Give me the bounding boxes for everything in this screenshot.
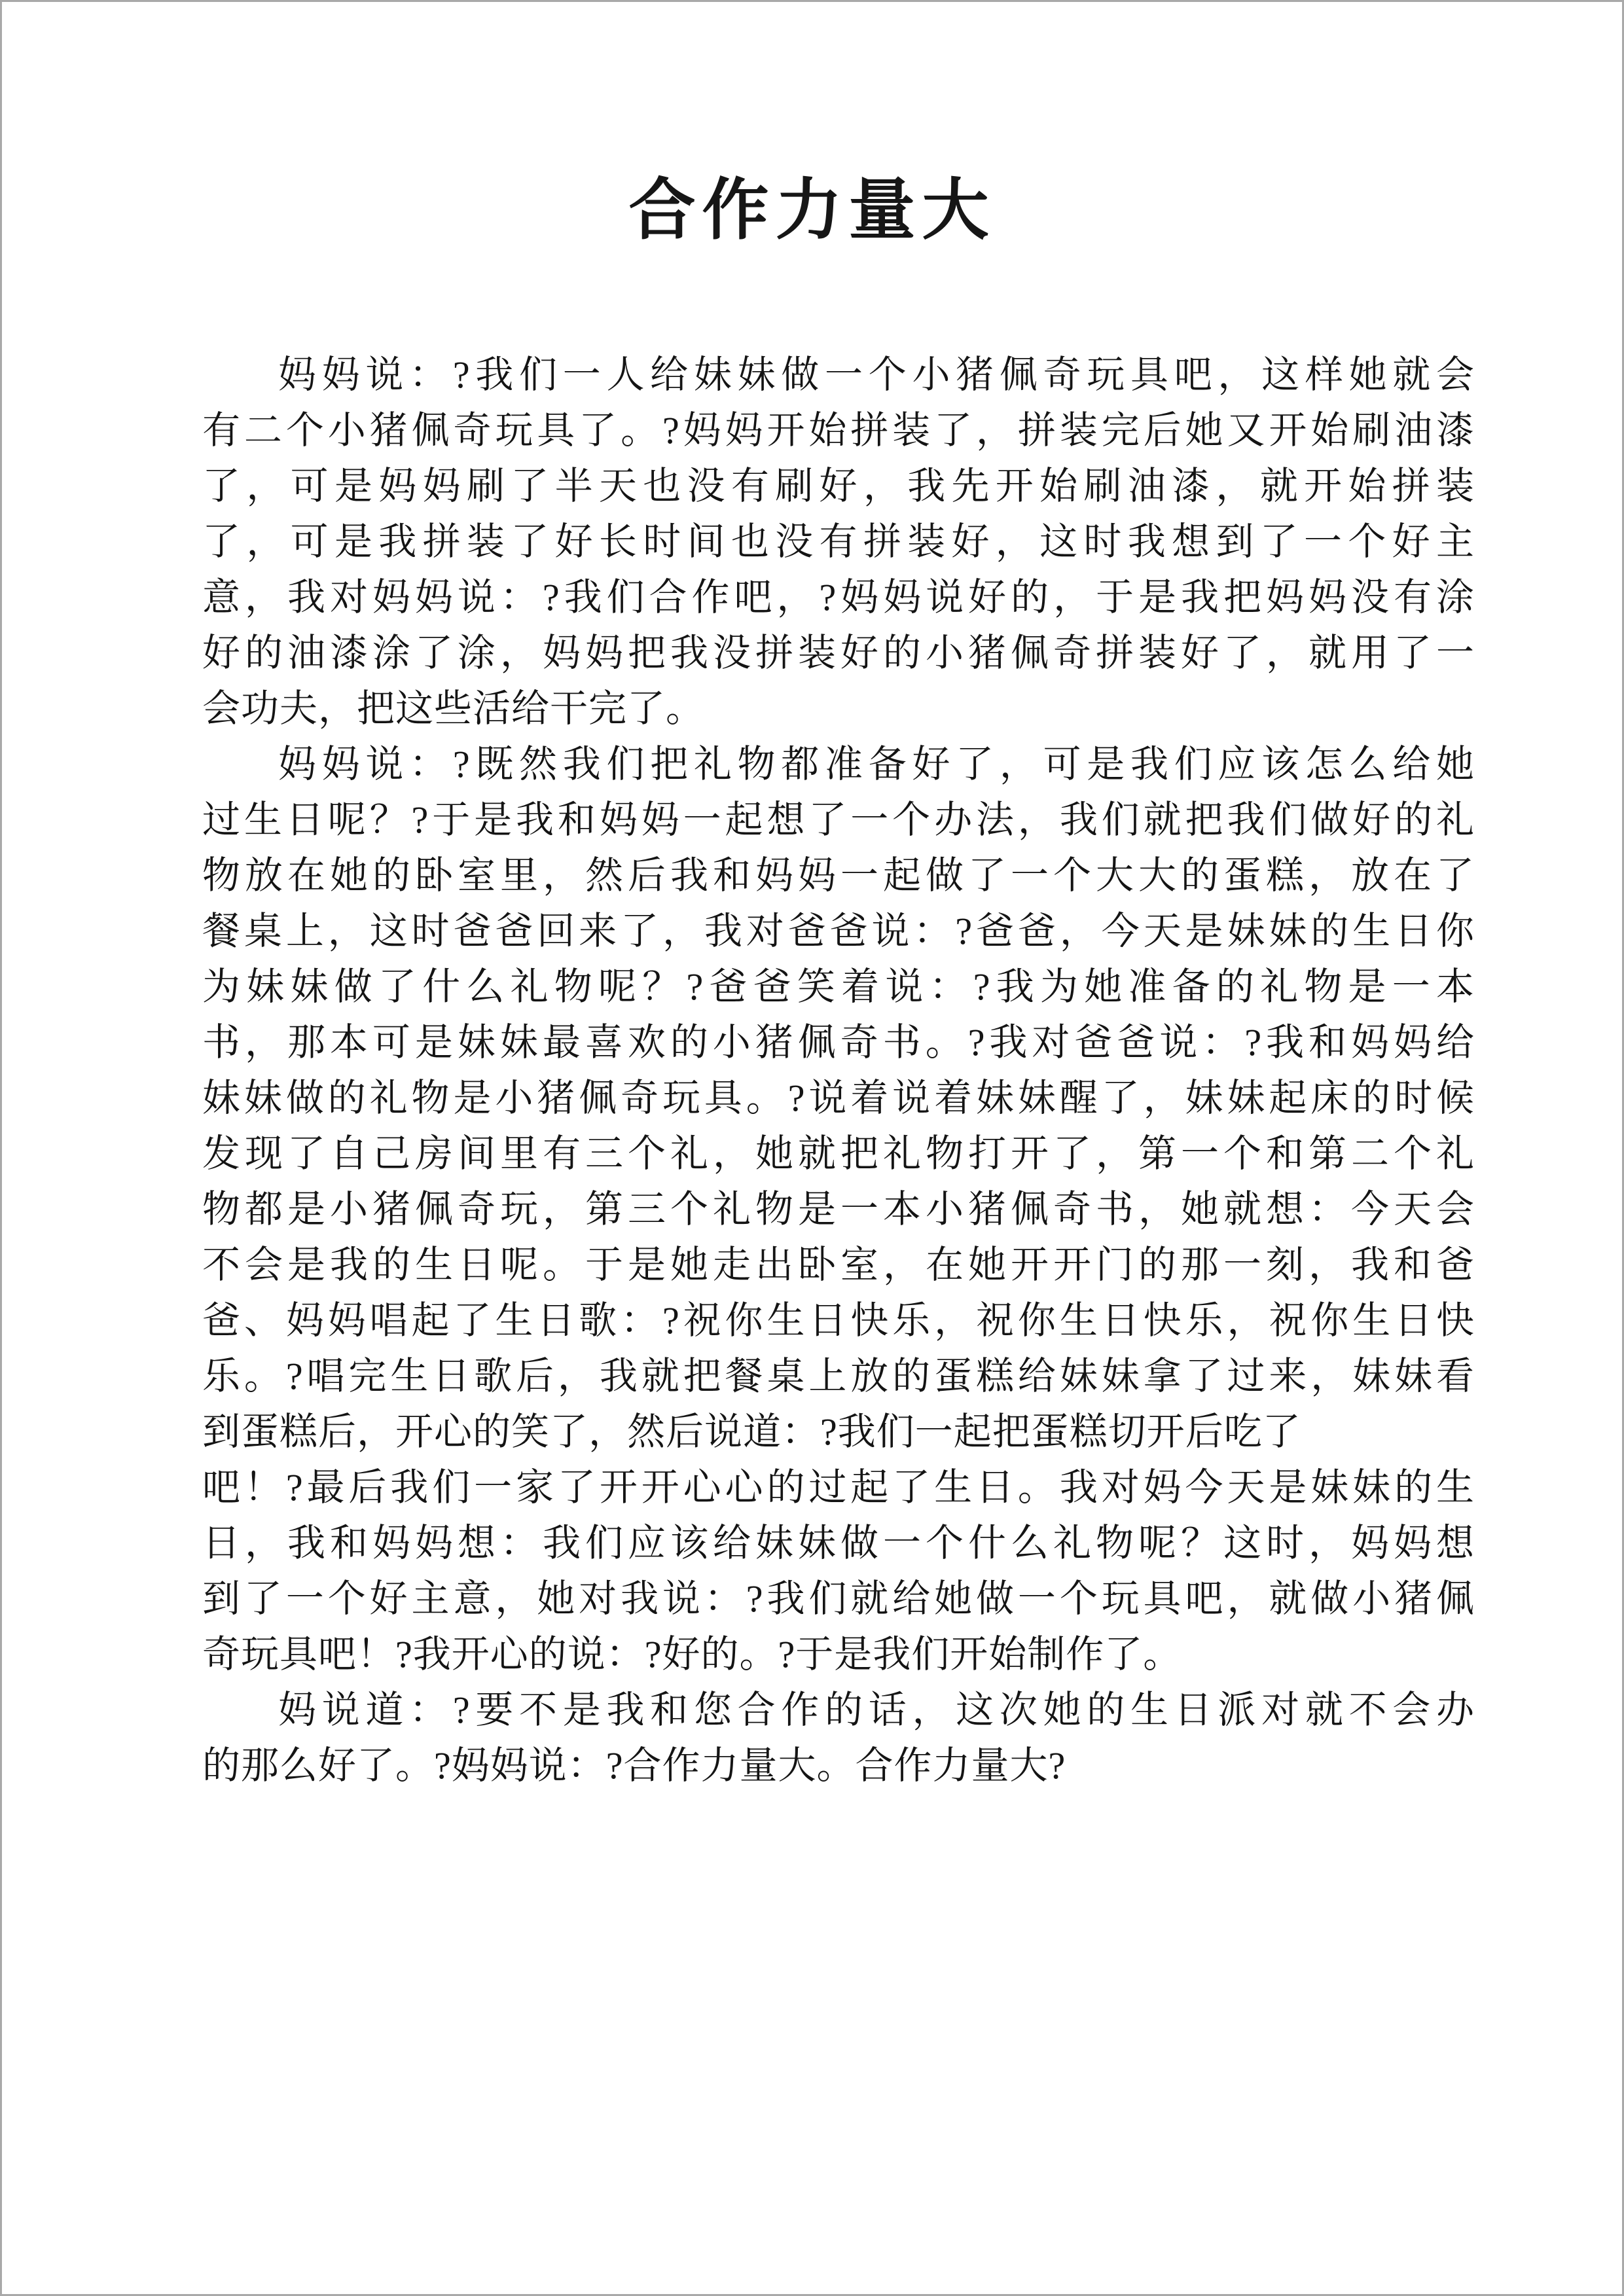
text-line: 不会是我的生日呢。于是她走出卧室，在她开开门的那一刻，我和爸	[202, 1237, 1475, 1293]
text-line: 奇玩具吧！?我开心的说：?好的。?于是我们开始制作了。	[202, 1626, 1475, 1682]
text-line: 物都是小猪佩奇玩，第三个礼物是一本小猪佩奇书，她就想：今天会	[202, 1181, 1475, 1237]
text-line: 妈说道：?要不是我和您合作的话，这次她的生日派对就不会办	[202, 1682, 1475, 1738]
text-line: 的那么好了。?妈妈说：?合作力量大。合作力量大?	[202, 1738, 1475, 1793]
paragraph-2: 妈妈说：?既然我们把礼物都准备好了，可是我们应该怎么给她过生日呢？?于是我和妈妈…	[202, 736, 1475, 1682]
text-line: 爸、妈妈唱起了生日歌：?祝你生日快乐，祝你生日快乐，祝你生日快	[202, 1293, 1475, 1348]
text-line: 为妹妹做了什么礼物呢？?爸爸笑着说：?我为她准备的礼物是一本	[202, 959, 1475, 1014]
paragraph-3: 妈说道：?要不是我和您合作的话，这次她的生日派对就不会办的那么好了。?妈妈说：?…	[202, 1682, 1475, 1793]
text-line: 了，可是妈妈刷了半天也没有刷好，我先开始刷油漆，就开始拼装	[202, 458, 1475, 514]
text-line: 好的油漆涂了涂，妈妈把我没拼装好的小猪佩奇拼装好了，就用了一	[202, 625, 1475, 681]
text-line: 餐桌上，这时爸爸回来了，我对爸爸说：?爸爸，今天是妹妹的生日你	[202, 903, 1475, 959]
text-line: 过生日呢？?于是我和妈妈一起想了一个办法，我们就把我们做好的礼	[202, 792, 1475, 848]
text-line: 书，那本可是妹妹最喜欢的小猪佩奇书。?我对爸爸说：?我和妈妈给	[202, 1014, 1475, 1070]
text-line: 妹妹做的礼物是小猪佩奇玩具。?说着说着妹妹醒了，妹妹起床的时候	[202, 1070, 1475, 1126]
text-line: 乐。?唱完生日歌后，我就把餐桌上放的蛋糕给妹妹拿了过来，妹妹看	[202, 1348, 1475, 1404]
text-line: 到了一个好主意，她对我说：?我们就给她做一个玩具吧，就做小猪佩	[202, 1571, 1475, 1626]
text-line: 意，我对妈妈说：?我们合作吧，?妈妈说好的，于是我把妈妈没有涂	[202, 569, 1475, 625]
text-line: 了，可是我拼装了好长时间也没有拼装好，这时我想到了一个好主	[202, 514, 1475, 569]
essay-title: 合作力量大	[2, 171, 1622, 249]
text-line: 妈妈说：?既然我们把礼物都准备好了，可是我们应该怎么给她	[202, 736, 1475, 792]
text-line: 妈妈说：?我们一人给妹妹做一个小猪佩奇玩具吧，这样她就会	[202, 347, 1475, 403]
text-line: 会功夫，把这些活给干完了。	[202, 681, 1475, 736]
text-line: 发现了自己房间里有三个礼，她就把礼物打开了，第一个和第二个礼	[202, 1126, 1475, 1181]
text-line: 到蛋糕后，开心的笑了，然后说道：?我们一起把蛋糕切开后吃了	[202, 1404, 1475, 1460]
text-line: 物放在她的卧室里，然后我和妈妈一起做了一个大大的蛋糕，放在了	[202, 848, 1475, 903]
text-line: 日，我和妈妈想：我们应该给妹妹做一个什么礼物呢？这时，妈妈想	[202, 1515, 1475, 1571]
essay-body: 妈妈说：?我们一人给妹妹做一个小猪佩奇玩具吧，这样她就会有二个小猪佩奇玩具了。?…	[202, 347, 1475, 1793]
text-line: 吧！?最后我们一家了开开心心的过起了生日。我对妈今天是妹妹的生	[202, 1460, 1475, 1515]
text-line: 有二个小猪佩奇玩具了。?妈妈开始拼装了，拼装完后她又开始刷油漆	[202, 403, 1475, 458]
document-page: 合作力量大 妈妈说：?我们一人给妹妹做一个小猪佩奇玩具吧，这样她就会有二个小猪佩…	[0, 0, 1624, 2296]
paragraph-1: 妈妈说：?我们一人给妹妹做一个小猪佩奇玩具吧，这样她就会有二个小猪佩奇玩具了。?…	[202, 347, 1475, 736]
